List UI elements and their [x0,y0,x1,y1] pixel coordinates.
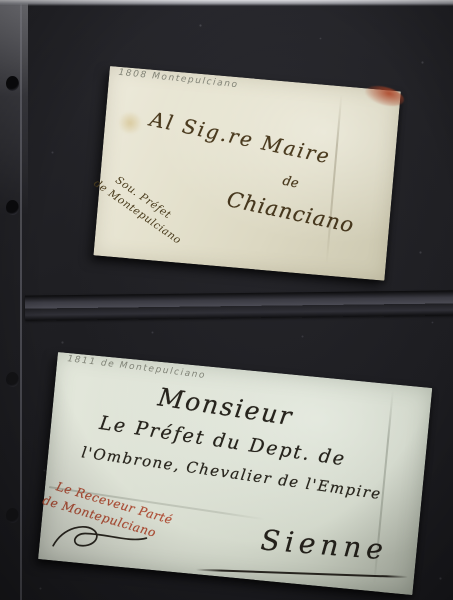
binder-hole [6,200,19,215]
binder-hole [6,372,19,387]
fold-crease [326,94,343,264]
letter-top: 1808 Montepulciano Sou. Préfet de Montep… [93,66,400,281]
paraph-flourish [50,520,151,557]
address-line: Al Sig.re Maire [148,107,333,169]
binder-hole [6,508,19,523]
binder-hole [6,76,19,91]
letter-bottom: 1811 de Montepulciano Le Receveur Parté … [38,352,432,595]
paper-stain [116,111,144,135]
pencil-annotation: 1811 de Montepulciano [67,354,207,381]
sleeve-top-edge [0,0,453,6]
address-line: Sienne [260,523,390,566]
binder-strip [0,0,28,600]
wax-stain [363,82,406,109]
address-line: de [281,174,300,192]
postal-marking-sous-prefet: Sou. Préfet de Montepulciano [90,164,192,248]
pencil-annotation: 1808 Montepulciano [118,68,239,91]
album-page-photo: 1808 Montepulciano Sou. Préfet de Montep… [0,0,453,600]
pocket-seam [25,290,453,320]
underline-flourish [196,569,408,578]
address-line: Chianciano [225,187,357,237]
